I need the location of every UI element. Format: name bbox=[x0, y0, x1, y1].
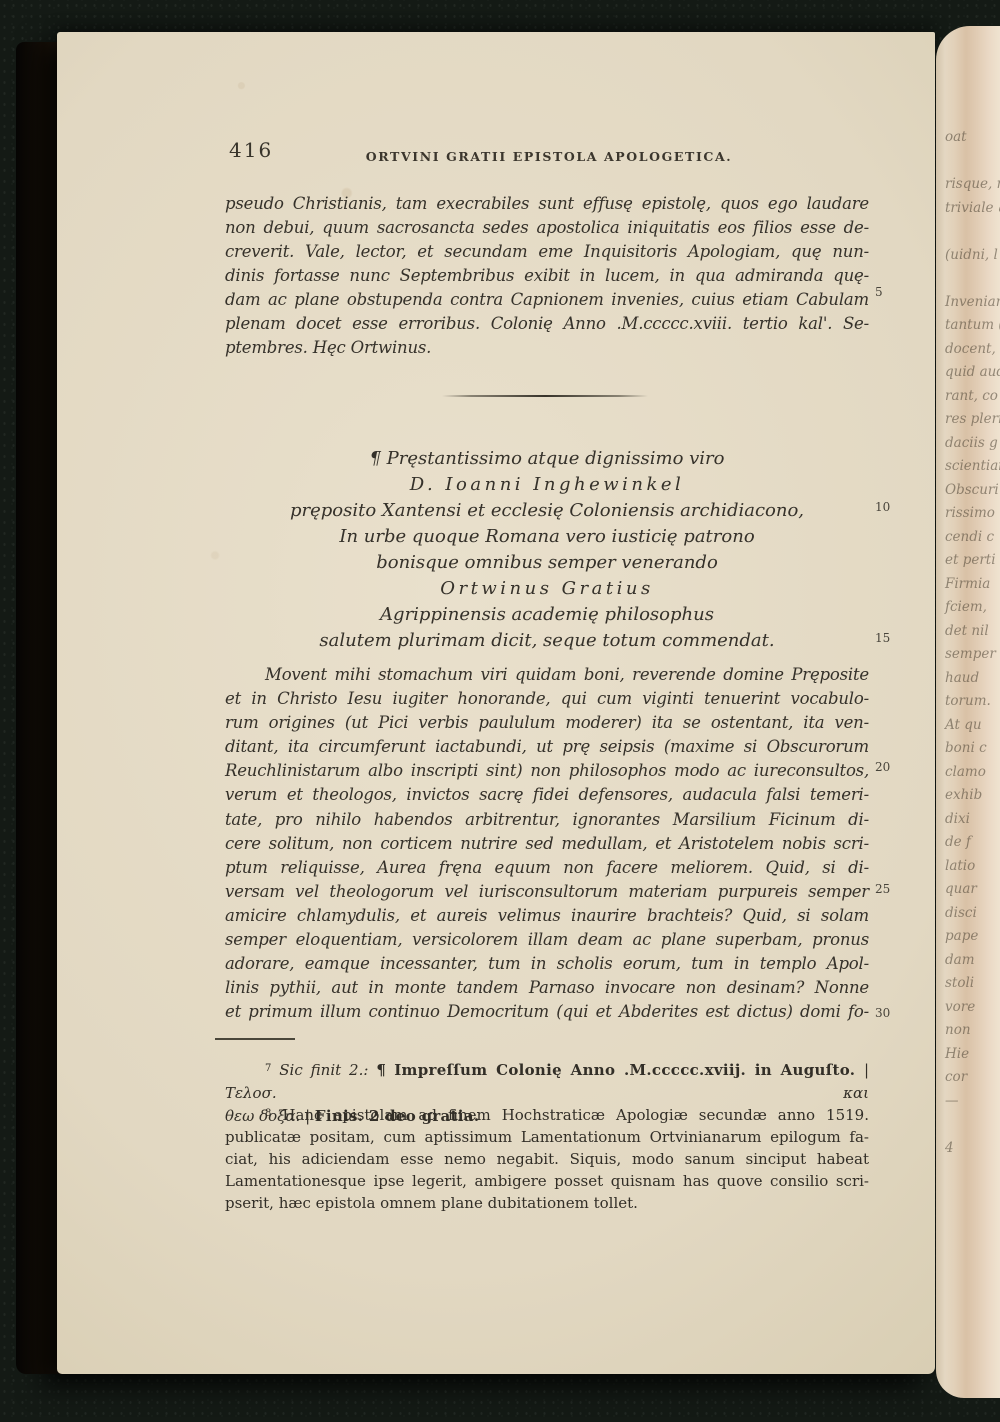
text-line: et in Christo Iesu iugiter honorande, qu… bbox=[225, 687, 869, 711]
text-segment: Impreſſum Colonię Anno .M.ccccc.xviij. i… bbox=[394, 1061, 864, 1079]
edge-fragment: triviale q bbox=[945, 197, 1000, 221]
edge-fragment: vore bbox=[945, 996, 1000, 1020]
text-segment: Τελοσ. και bbox=[225, 1084, 869, 1102]
text-segment: | bbox=[864, 1061, 869, 1079]
margin-line-number: 20 bbox=[875, 760, 890, 774]
dedication-line: Agrippinensis academię philosophus bbox=[225, 602, 869, 628]
dedication-block: ¶ Pręstantissimo atque dignissimo viroD.… bbox=[225, 446, 869, 654]
dedication-line: salutem plurimam dicit, seque totum comm… bbox=[225, 628, 869, 654]
edge-fragment: disci bbox=[945, 902, 1000, 926]
edge-fragment: dam bbox=[945, 949, 1000, 973]
edge-fragment bbox=[945, 1113, 1000, 1137]
edge-fragment: Firmia bbox=[945, 573, 1000, 597]
footnote-separator-rule bbox=[215, 1038, 295, 1040]
edge-text-fragments: oatrisque, mtriviale q(uidni, lInveniamt… bbox=[945, 126, 1000, 1160]
margin-line-number: 25 bbox=[875, 882, 890, 896]
edge-fragment: quid aud bbox=[945, 361, 1000, 385]
edge-fragment: Inveniam bbox=[945, 291, 1000, 315]
dedication-line: In urbe quoque Romana vero iusticię patr… bbox=[225, 524, 869, 550]
text-line: amicire chlamydulis, et aureis velimus i… bbox=[225, 904, 869, 928]
adjacent-page-edge: oatrisque, mtriviale q(uidni, lInveniamt… bbox=[936, 26, 1000, 1398]
edge-fragment: quar bbox=[945, 878, 1000, 902]
text-segment: Hanc epistolam ad finem Hochstraticæ Apo… bbox=[271, 1106, 869, 1124]
text-line: et primum illum continuo Democritum (qui… bbox=[225, 1000, 869, 1024]
edge-fragment bbox=[945, 220, 1000, 244]
edge-fragment bbox=[945, 267, 1000, 291]
edge-fragment: rant, co bbox=[945, 385, 1000, 409]
dedication-line: D. Ioanni Inghewinkel bbox=[225, 472, 869, 498]
text-line: dinis fortasse nunc Septembribus exibit … bbox=[225, 264, 869, 288]
section-separator-rule bbox=[442, 395, 648, 397]
text-line: Reuchlinistarum albo inscripti sint) non… bbox=[225, 759, 869, 783]
edge-fragment: tantum ( bbox=[945, 314, 1000, 338]
footnote-8: 8 Hanc epistolam ad finem Hochstraticæ A… bbox=[225, 1103, 869, 1214]
edge-fragment: dixi bbox=[945, 808, 1000, 832]
text-line: verum et theologos, invictos sacrę fidei… bbox=[225, 783, 869, 807]
edge-fragment: — bbox=[945, 1090, 1000, 1114]
edge-fragment bbox=[945, 150, 1000, 174]
text-line: dam ac plane obstupenda contra Capnionem… bbox=[225, 288, 869, 312]
edge-fragment: cendi c bbox=[945, 526, 1000, 550]
margin-line-number: 10 bbox=[875, 500, 890, 514]
edge-fragment: cor bbox=[945, 1066, 1000, 1090]
text-line: rum origines (ut Pici verbis paululum mo… bbox=[225, 711, 869, 735]
edge-fragment: rissimo bbox=[945, 502, 1000, 526]
edge-fragment: res pleri bbox=[945, 408, 1000, 432]
text-line: linis pythii, aut in monte tandem Parnas… bbox=[225, 976, 869, 1000]
edge-fragment: semper bbox=[945, 643, 1000, 667]
footnote-line: Lamentationesque ipse legerit, ambigere … bbox=[225, 1170, 869, 1192]
footnote-line: ciat, his adiciendam esse nemo negabit. … bbox=[225, 1148, 869, 1170]
text-line: non debui, quum sacrosancta sedes aposto… bbox=[225, 216, 869, 240]
footnote-line: pserit, hæc epistola omnem plane dubitat… bbox=[225, 1192, 869, 1214]
dedication-line: bonisque omnibus semper venerando bbox=[225, 550, 869, 576]
text-line: pseudo Christianis, tam execrabiles sunt… bbox=[225, 192, 869, 216]
edge-fragment: docent, bbox=[945, 338, 1000, 362]
footnote-line: 8 Hanc epistolam ad finem Hochstraticæ A… bbox=[225, 1103, 869, 1126]
edge-fragment: pape bbox=[945, 925, 1000, 949]
edge-fragment: det nil bbox=[945, 620, 1000, 644]
text-line: versam vel theologorum vel iurisconsulto… bbox=[225, 880, 869, 904]
photo-background: 416 ORTVINI GRATII EPISTOLA APOLOGETICA.… bbox=[0, 0, 1000, 1422]
paragraph-colophon: pseudo Christianis, tam execrabiles sunt… bbox=[225, 192, 869, 360]
edge-fragment: exhib bbox=[945, 784, 1000, 808]
edge-fragment: daciis g bbox=[945, 432, 1000, 456]
text-line: plenam docet esse erroribus. Colonię Ann… bbox=[225, 312, 869, 336]
edge-fragment: haud bbox=[945, 667, 1000, 691]
edge-fragment: fciem, bbox=[945, 596, 1000, 620]
edge-fragment: stoli bbox=[945, 972, 1000, 996]
text-line: semper eloquentiam, versicolorem illam d… bbox=[225, 928, 869, 952]
edge-fragment: Hie bbox=[945, 1043, 1000, 1067]
text-line: adorare, eamque incessanter, tum in scho… bbox=[225, 952, 869, 976]
dedication-line: ¶ Pręstantissimo atque dignissimo viro bbox=[225, 446, 869, 472]
footnote-line: 7 Sic finit 2.: ¶ Impreſſum Colonię Anno… bbox=[225, 1057, 869, 1105]
edge-fragment: oat bbox=[945, 126, 1000, 150]
edge-fragment: et perti bbox=[945, 549, 1000, 573]
edge-fragment: 4 bbox=[945, 1137, 1000, 1161]
edge-fragment: Obscuri bbox=[945, 479, 1000, 503]
footnote-line: publicatæ positam, cum aptissimum Lament… bbox=[225, 1126, 869, 1148]
paragraph-epistle: Movent mihi stomachum viri quidam boni, … bbox=[225, 663, 869, 1024]
text-segment: Sic finit 2.: bbox=[271, 1061, 376, 1079]
text-line: Movent mihi stomachum viri quidam boni, … bbox=[225, 663, 869, 687]
text-line: ptembres. Hęc Ortwinus. bbox=[225, 336, 869, 360]
edge-fragment: scientiai bbox=[945, 455, 1000, 479]
edge-fragment: de f bbox=[945, 831, 1000, 855]
edge-fragment: clamo bbox=[945, 761, 1000, 785]
margin-line-number: 30 bbox=[875, 1006, 890, 1020]
text-line: ditant, ita circumferunt iactabundi, ut … bbox=[225, 735, 869, 759]
dedication-line: pręposito Xantensi et ecclesię Coloniens… bbox=[225, 498, 869, 524]
dedication-line: Ortwinus Gratius bbox=[225, 576, 869, 602]
edge-fragment: boni c bbox=[945, 737, 1000, 761]
text-line: cere solitum, non corticem nutrire sed m… bbox=[225, 832, 869, 856]
edge-fragment: At qu bbox=[945, 714, 1000, 738]
book-page: 416 ORTVINI GRATII EPISTOLA APOLOGETICA.… bbox=[57, 32, 935, 1374]
running-header: ORTVINI GRATII EPISTOLA APOLOGETICA. bbox=[227, 149, 871, 164]
margin-line-number: 5 bbox=[875, 285, 883, 299]
text-segment: ¶ bbox=[376, 1061, 394, 1079]
edge-fragment: risque, m bbox=[945, 173, 1000, 197]
edge-fragment: torum. bbox=[945, 690, 1000, 714]
text-line: tate, pro nihilo habendos arbitrentur, i… bbox=[225, 808, 869, 832]
edge-fragment: non bbox=[945, 1019, 1000, 1043]
text-line: creverit. Vale, lector, et secundam eme … bbox=[225, 240, 869, 264]
edge-fragment: latio bbox=[945, 855, 1000, 879]
edge-fragment: (uidni, l bbox=[945, 244, 1000, 268]
margin-line-number: 15 bbox=[875, 631, 890, 645]
text-line: ptum reliquisse, Aurea fręna equum non f… bbox=[225, 856, 869, 880]
